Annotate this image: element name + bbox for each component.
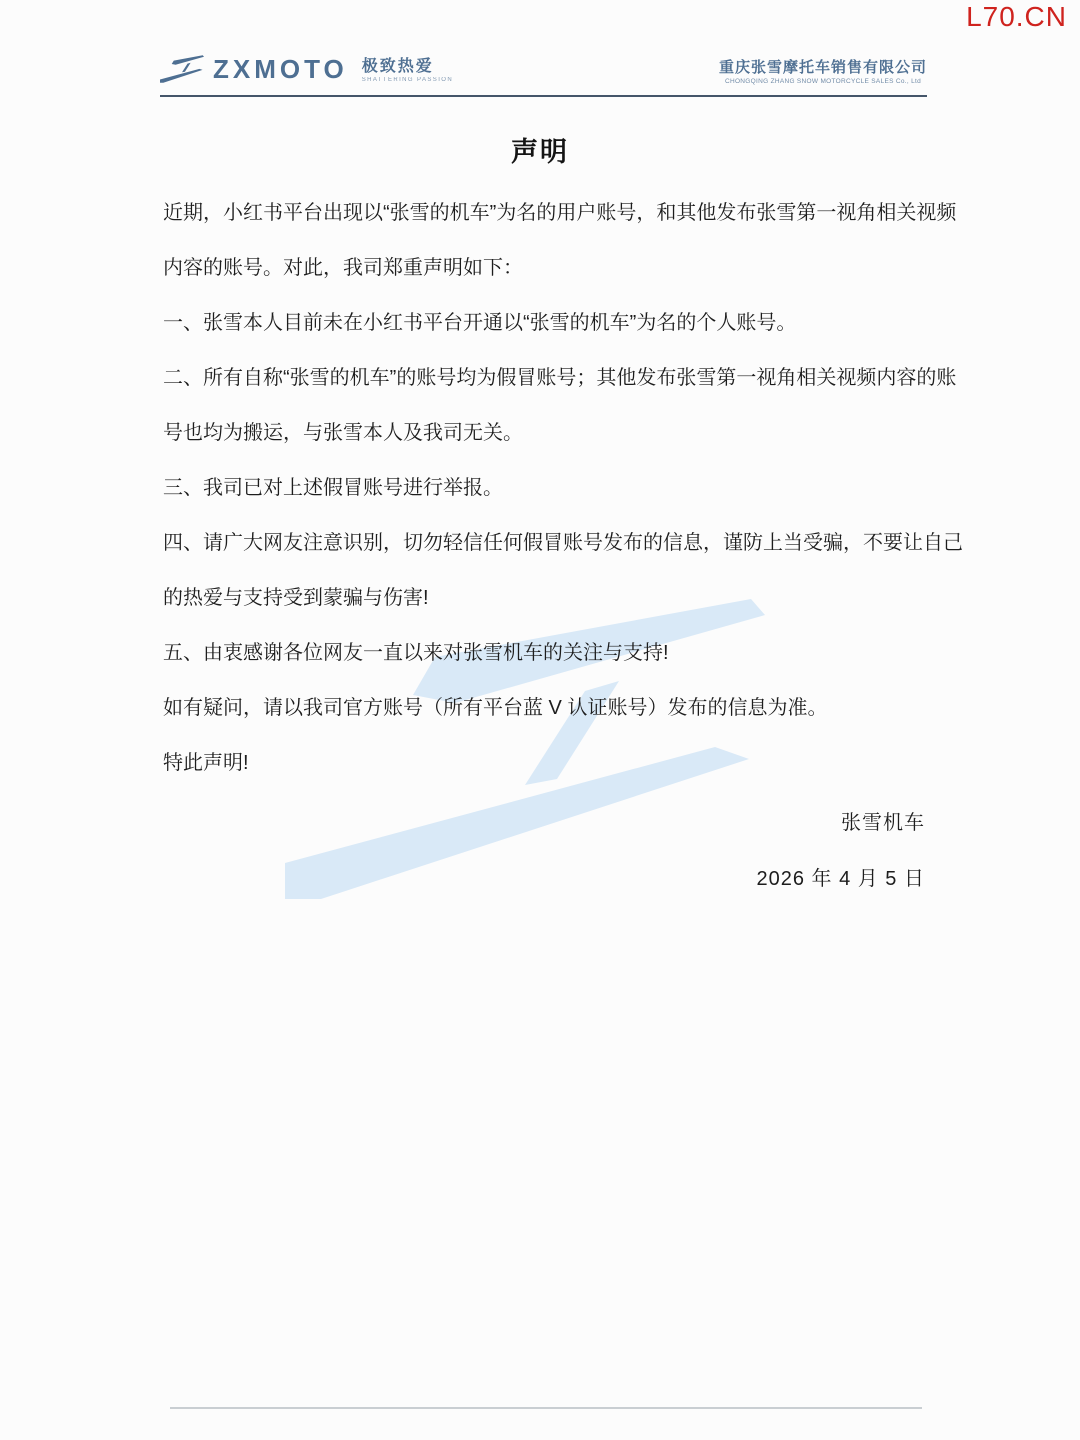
statement-line-8: 的热爱与支持受到蒙骗与伤害!: [163, 571, 929, 626]
statement-line-2: 内容的账号。对此，我司郑重声明如下：: [163, 241, 929, 296]
page-header: ZXMOTO 极致热爱 SHATTERING PASSION 重庆张雪摩托车销售…: [160, 54, 927, 85]
page-title: 声明: [0, 130, 1080, 169]
brand-block: ZXMOTO 极致热爱 SHATTERING PASSION: [160, 54, 453, 84]
company-name-en: CHONGQING ZHANG SNOW MOTORCYCLE SALES Co…: [719, 78, 927, 85]
statement-line-7: 四、请广大网友注意识别，切勿轻信任何假冒账号发布的信息，谨防上当受骗，不要让自己: [163, 516, 929, 571]
statement-line-9: 五、由衷感谢各位网友一直以来对张雪机车的关注与支持!: [163, 626, 929, 681]
statement-line-3: 一、张雪本人目前未在小红书平台开通以“张雪的机车”为名的个人账号。: [163, 296, 929, 351]
brand-tagline-en: SHATTERING PASSION: [362, 77, 453, 83]
statement-line-5: 号也均为搬运，与张雪本人及我司无关。: [163, 406, 929, 461]
statement-line-11: 特此声明!: [163, 736, 929, 791]
signature: 张雪机车: [841, 806, 925, 835]
brand-tagline: 极致热爱 SHATTERING PASSION: [362, 58, 453, 83]
statement-line-4: 二、所有自称“张雪的机车”的账号均为假冒账号；其他发布张雪第一视角相关视频内容的…: [163, 351, 929, 406]
company-name-cn: 重庆张雪摩托车销售有限公司: [719, 59, 927, 76]
statement-line-6: 三、我司已对上述假冒账号进行举报。: [163, 461, 929, 516]
statement-line-1: 近期，小红书平台出现以“张雪的机车”为名的用户账号，和其他发布张雪第一视角相关视…: [163, 186, 929, 241]
brand-name: ZXMOTO: [213, 54, 348, 84]
header-divider: [160, 95, 927, 97]
z-swoosh-icon: [160, 55, 204, 83]
statement-line-10: 如有疑问，请以我司官方账号（所有平台蓝 V 认证账号）发布的信息为准。: [163, 681, 929, 736]
site-tag: L70.CN: [966, 1, 1067, 33]
footer-divider: [170, 1407, 922, 1409]
statement-body: 近期，小红书平台出现以“张雪的机车”为名的用户账号，和其他发布张雪第一视角相关视…: [163, 186, 929, 791]
statement-page: L70.CN ZXMOTO 极致热爱 SHATTERING PASSION 重庆…: [0, 0, 1080, 1440]
brand-tagline-cn: 极致热爱: [362, 58, 453, 75]
signature-date: 2026 年 4 月 5 日: [756, 862, 925, 891]
company-block: 重庆张雪摩托车销售有限公司 CHONGQING ZHANG SNOW MOTOR…: [719, 59, 927, 85]
